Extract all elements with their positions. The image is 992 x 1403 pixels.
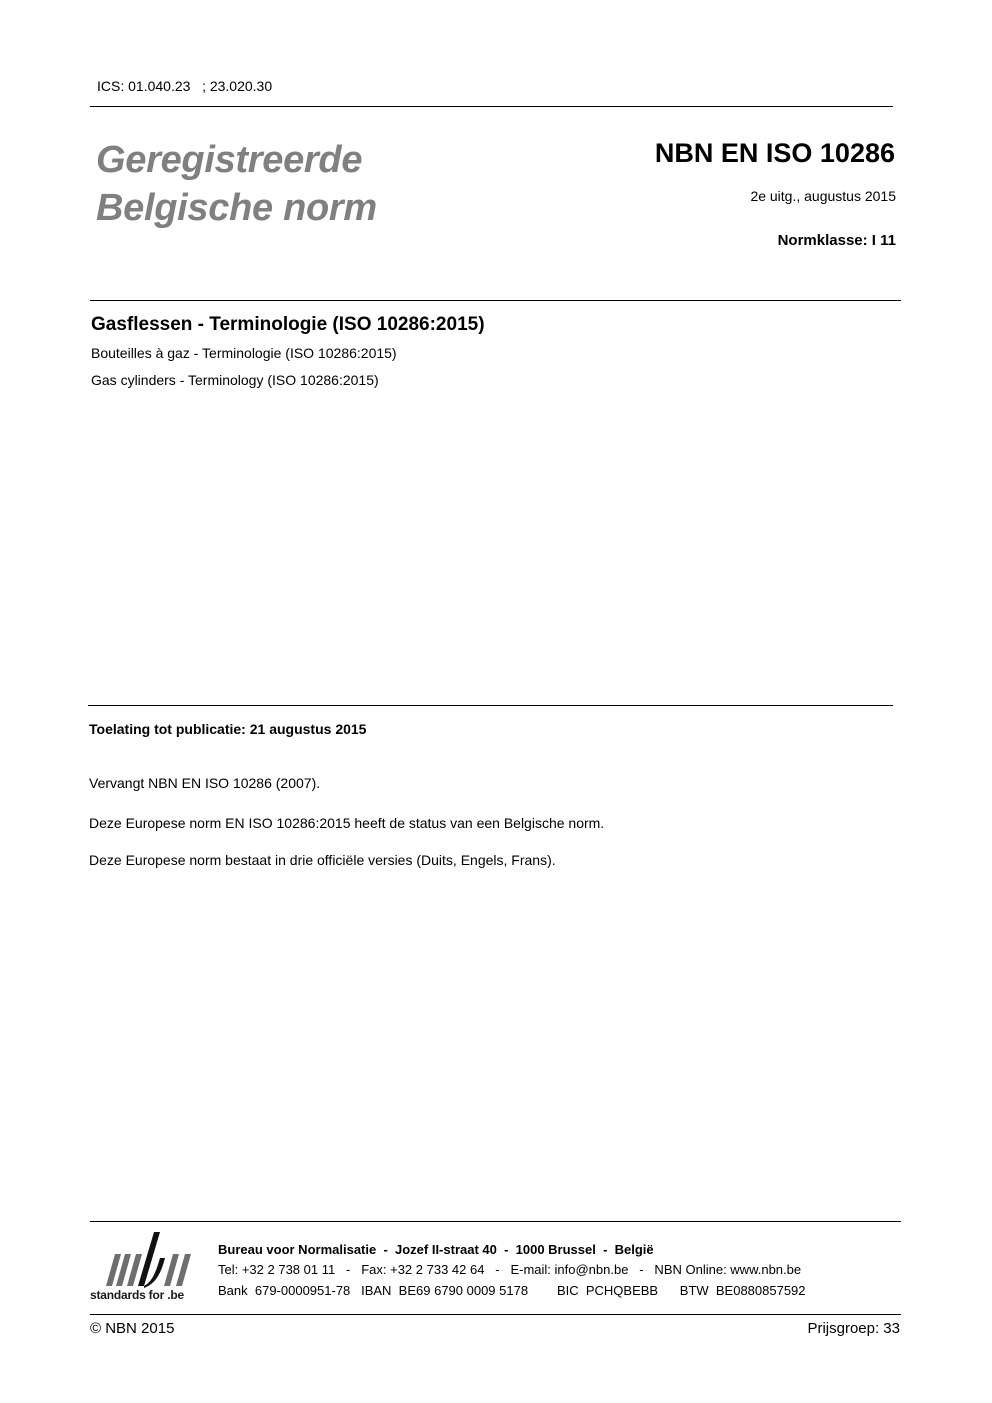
footer-bank-details: Bank 679-0000951-78 IBAN BE69 6790 0009 … [218,1283,806,1298]
price-group: Prijsgroep: 33 [807,1320,900,1337]
title-divider [90,300,901,301]
footer-contact: Tel: +32 2 738 01 11 - Fax: +32 2 733 42… [218,1262,801,1277]
copyright: © NBN 2015 [90,1320,174,1337]
edition-date: 2e uitg., augustus 2015 [750,188,896,204]
title-english: Gas cylinders - Terminology (ISO 10286:2… [91,372,379,388]
registered-title-line-2: Belgische norm [96,184,377,232]
norm-class: Normklasse: I 11 [778,232,896,249]
footer-top-divider [90,1221,901,1222]
paragraph-replaces: Vervangt NBN EN ISO 10286 (2007). [89,775,320,791]
footer-address: Bureau voor Normalisatie - Jozef II-stra… [218,1242,654,1257]
registered-title-line-1: Geregistreerde [96,136,377,184]
header-divider [90,106,893,107]
nbn-logo: standards for .be [90,1232,205,1307]
approval-divider [88,705,893,706]
nbn-logo-icon [94,1232,204,1288]
paragraph-status: Deze Europese norm EN ISO 10286:2015 hee… [89,815,604,831]
ics-codes: ICS: 01.040.23 ; 23.020.30 [97,78,272,94]
logo-tagline: standards for .be [90,1288,184,1302]
approval-date: Toelating tot publicatie: 21 augustus 20… [89,721,366,737]
paragraph-versions: Deze Europese norm bestaat in drie offic… [89,852,556,868]
title-french: Bouteilles à gaz - Terminologie (ISO 102… [91,345,397,361]
registered-norm-title: Geregistreerde Belgische norm [96,136,377,232]
norm-number: NBN EN ISO 10286 [655,138,895,169]
title-dutch: Gasflessen - Terminologie (ISO 10286:201… [91,314,485,336]
footer-bottom-divider [90,1314,901,1315]
